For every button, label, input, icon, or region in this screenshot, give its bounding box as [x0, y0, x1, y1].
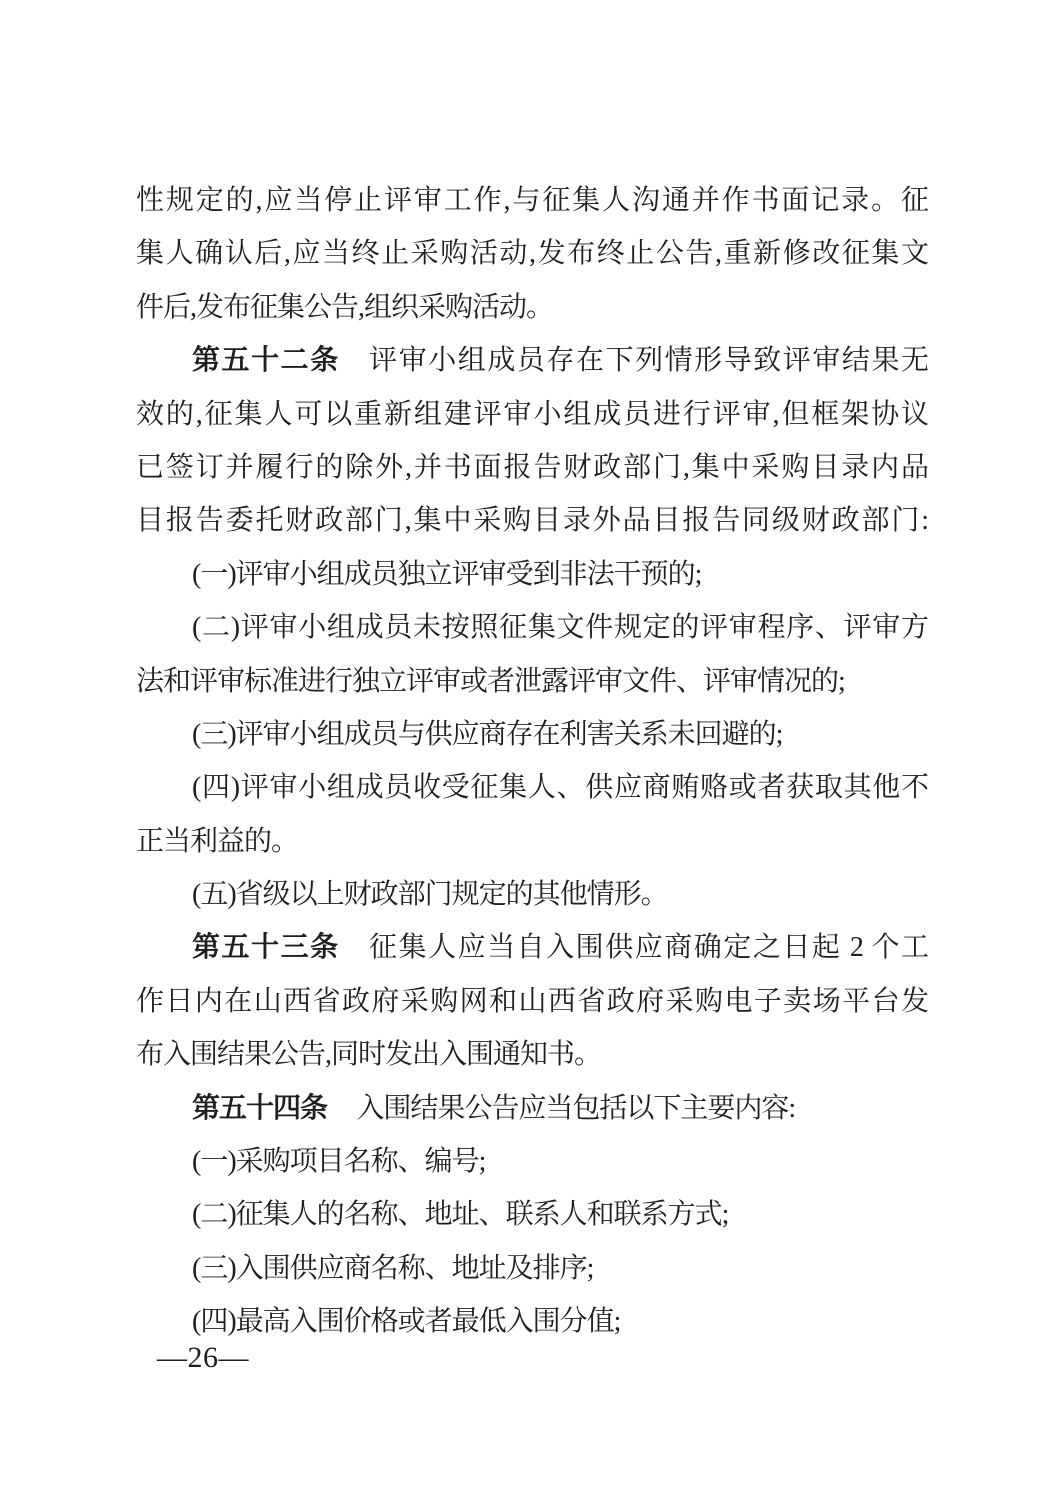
text-line: 作日内在山西省政府采购网和山西省政府采购电子卖场平台发: [136, 975, 928, 1028]
text-line: 性规定的,应当停止评审工作,与征集人沟通并作书面记录。征: [136, 174, 928, 227]
text-line: (四)最高入围价格或者最低入围分值;: [136, 1295, 928, 1348]
line-text: (二)征集人的名称、地址、联系人和联系方式;: [192, 1199, 728, 1230]
line-text: 入围结果公告应当包括以下主要内容:: [356, 1093, 795, 1124]
text-line: (二)征集人的名称、地址、联系人和联系方式;: [136, 1188, 928, 1241]
line-text: 性规定的,应当停止评审工作,与征集人沟通并作书面记录。征: [136, 185, 928, 216]
text-line: (五)省级以上财政部门规定的其他情形。: [136, 868, 928, 921]
body-text: 性规定的,应当停止评审工作,与征集人沟通并作书面记录。征 集人确认后,应当终止采…: [136, 174, 928, 1349]
text-line: (三)入围供应商名称、地址及排序;: [136, 1242, 928, 1295]
text-line: 布入围结果公告,同时发出入围通知书。: [136, 1028, 928, 1081]
text-line: (一)采购项目名称、编号;: [136, 1135, 928, 1188]
text-line: 第五十二条评审小组成员存在下列情形导致评审结果无: [136, 334, 928, 387]
line-text: (三)评审小组成员与供应商存在利害关系未回避的;: [192, 719, 782, 750]
document-page: 性规定的,应当停止评审工作,与征集人沟通并作书面记录。征 集人确认后,应当终止采…: [0, 0, 1060, 1500]
text-line: (二)评审小组成员未按照征集文件规定的评审程序、评审方: [136, 601, 928, 654]
text-line: 效的,征集人可以重新组建评审小组成员进行评审,但框架协议: [136, 388, 928, 441]
text-line: (四)评审小组成员收受征集人、供应商贿赂或者获取其他不: [136, 761, 928, 814]
line-text: (一)评审小组成员独立评审受到非法干预的;: [192, 559, 701, 590]
line-text: 正当利益的。: [136, 826, 298, 857]
text-line: 第五十三条征集人应当自入围供应商确定之日起 2 个工: [136, 921, 928, 974]
line-text: (五)省级以上财政部门规定的其他情形。: [192, 879, 668, 910]
text-line: 已签订并履行的除外,并书面报告财政部门,集中采购目录内品: [136, 441, 928, 494]
line-text: 集人确认后,应当终止采购活动,发布终止公告,重新修改征集文: [136, 238, 928, 269]
line-text: 已签订并履行的除外,并书面报告财政部门,集中采购目录内品: [136, 452, 928, 483]
text-line: 正当利益的。: [136, 815, 928, 868]
text-line: (一)评审小组成员独立评审受到非法干预的;: [136, 548, 928, 601]
text-line: 件后,发布征集公告,组织采购活动。: [136, 281, 928, 334]
line-text: 效的,征集人可以重新组建评审小组成员进行评审,但框架协议: [136, 399, 928, 430]
article-number: 第五十二条: [192, 345, 340, 376]
article-number: 第五十三条: [192, 932, 340, 963]
text-line: 法和评审标准进行独立评审或者泄露评审文件、评审情况的;: [136, 655, 928, 708]
line-text: 布入围结果公告,同时发出入围通知书。: [136, 1039, 601, 1070]
line-text: 评审小组成员存在下列情形导致评审结果无: [369, 345, 928, 376]
page-number: —26—: [157, 1338, 249, 1378]
article-number: 第五十四条: [192, 1093, 327, 1124]
line-text: (一)采购项目名称、编号;: [192, 1146, 485, 1177]
text-line: 目报告委托财政部门,集中采购目录外品目报告同级财政部门:: [136, 494, 928, 547]
line-text: 目报告委托财政部门,集中采购目录外品目报告同级财政部门:: [136, 505, 928, 536]
line-text: 法和评审标准进行独立评审或者泄露评审文件、评审情况的;: [136, 666, 845, 697]
line-text: (三)入围供应商名称、地址及排序;: [192, 1253, 593, 1284]
line-text: 作日内在山西省政府采购网和山西省政府采购电子卖场平台发: [136, 986, 928, 1017]
line-text: (四)评审小组成员收受征集人、供应商贿赂或者获取其他不: [192, 772, 928, 803]
line-text: 件后,发布征集公告,组织采购活动。: [136, 292, 553, 323]
line-text: (二)评审小组成员未按照征集文件规定的评审程序、评审方: [192, 612, 928, 643]
line-text: 征集人应当自入围供应商确定之日起 2 个工: [369, 932, 928, 963]
line-text: (四)最高入围价格或者最低入围分值;: [192, 1306, 620, 1337]
text-line: (三)评审小组成员与供应商存在利害关系未回避的;: [136, 708, 928, 761]
text-line: 第五十四条入围结果公告应当包括以下主要内容:: [136, 1082, 928, 1135]
text-line: 集人确认后,应当终止采购活动,发布终止公告,重新修改征集文: [136, 227, 928, 280]
